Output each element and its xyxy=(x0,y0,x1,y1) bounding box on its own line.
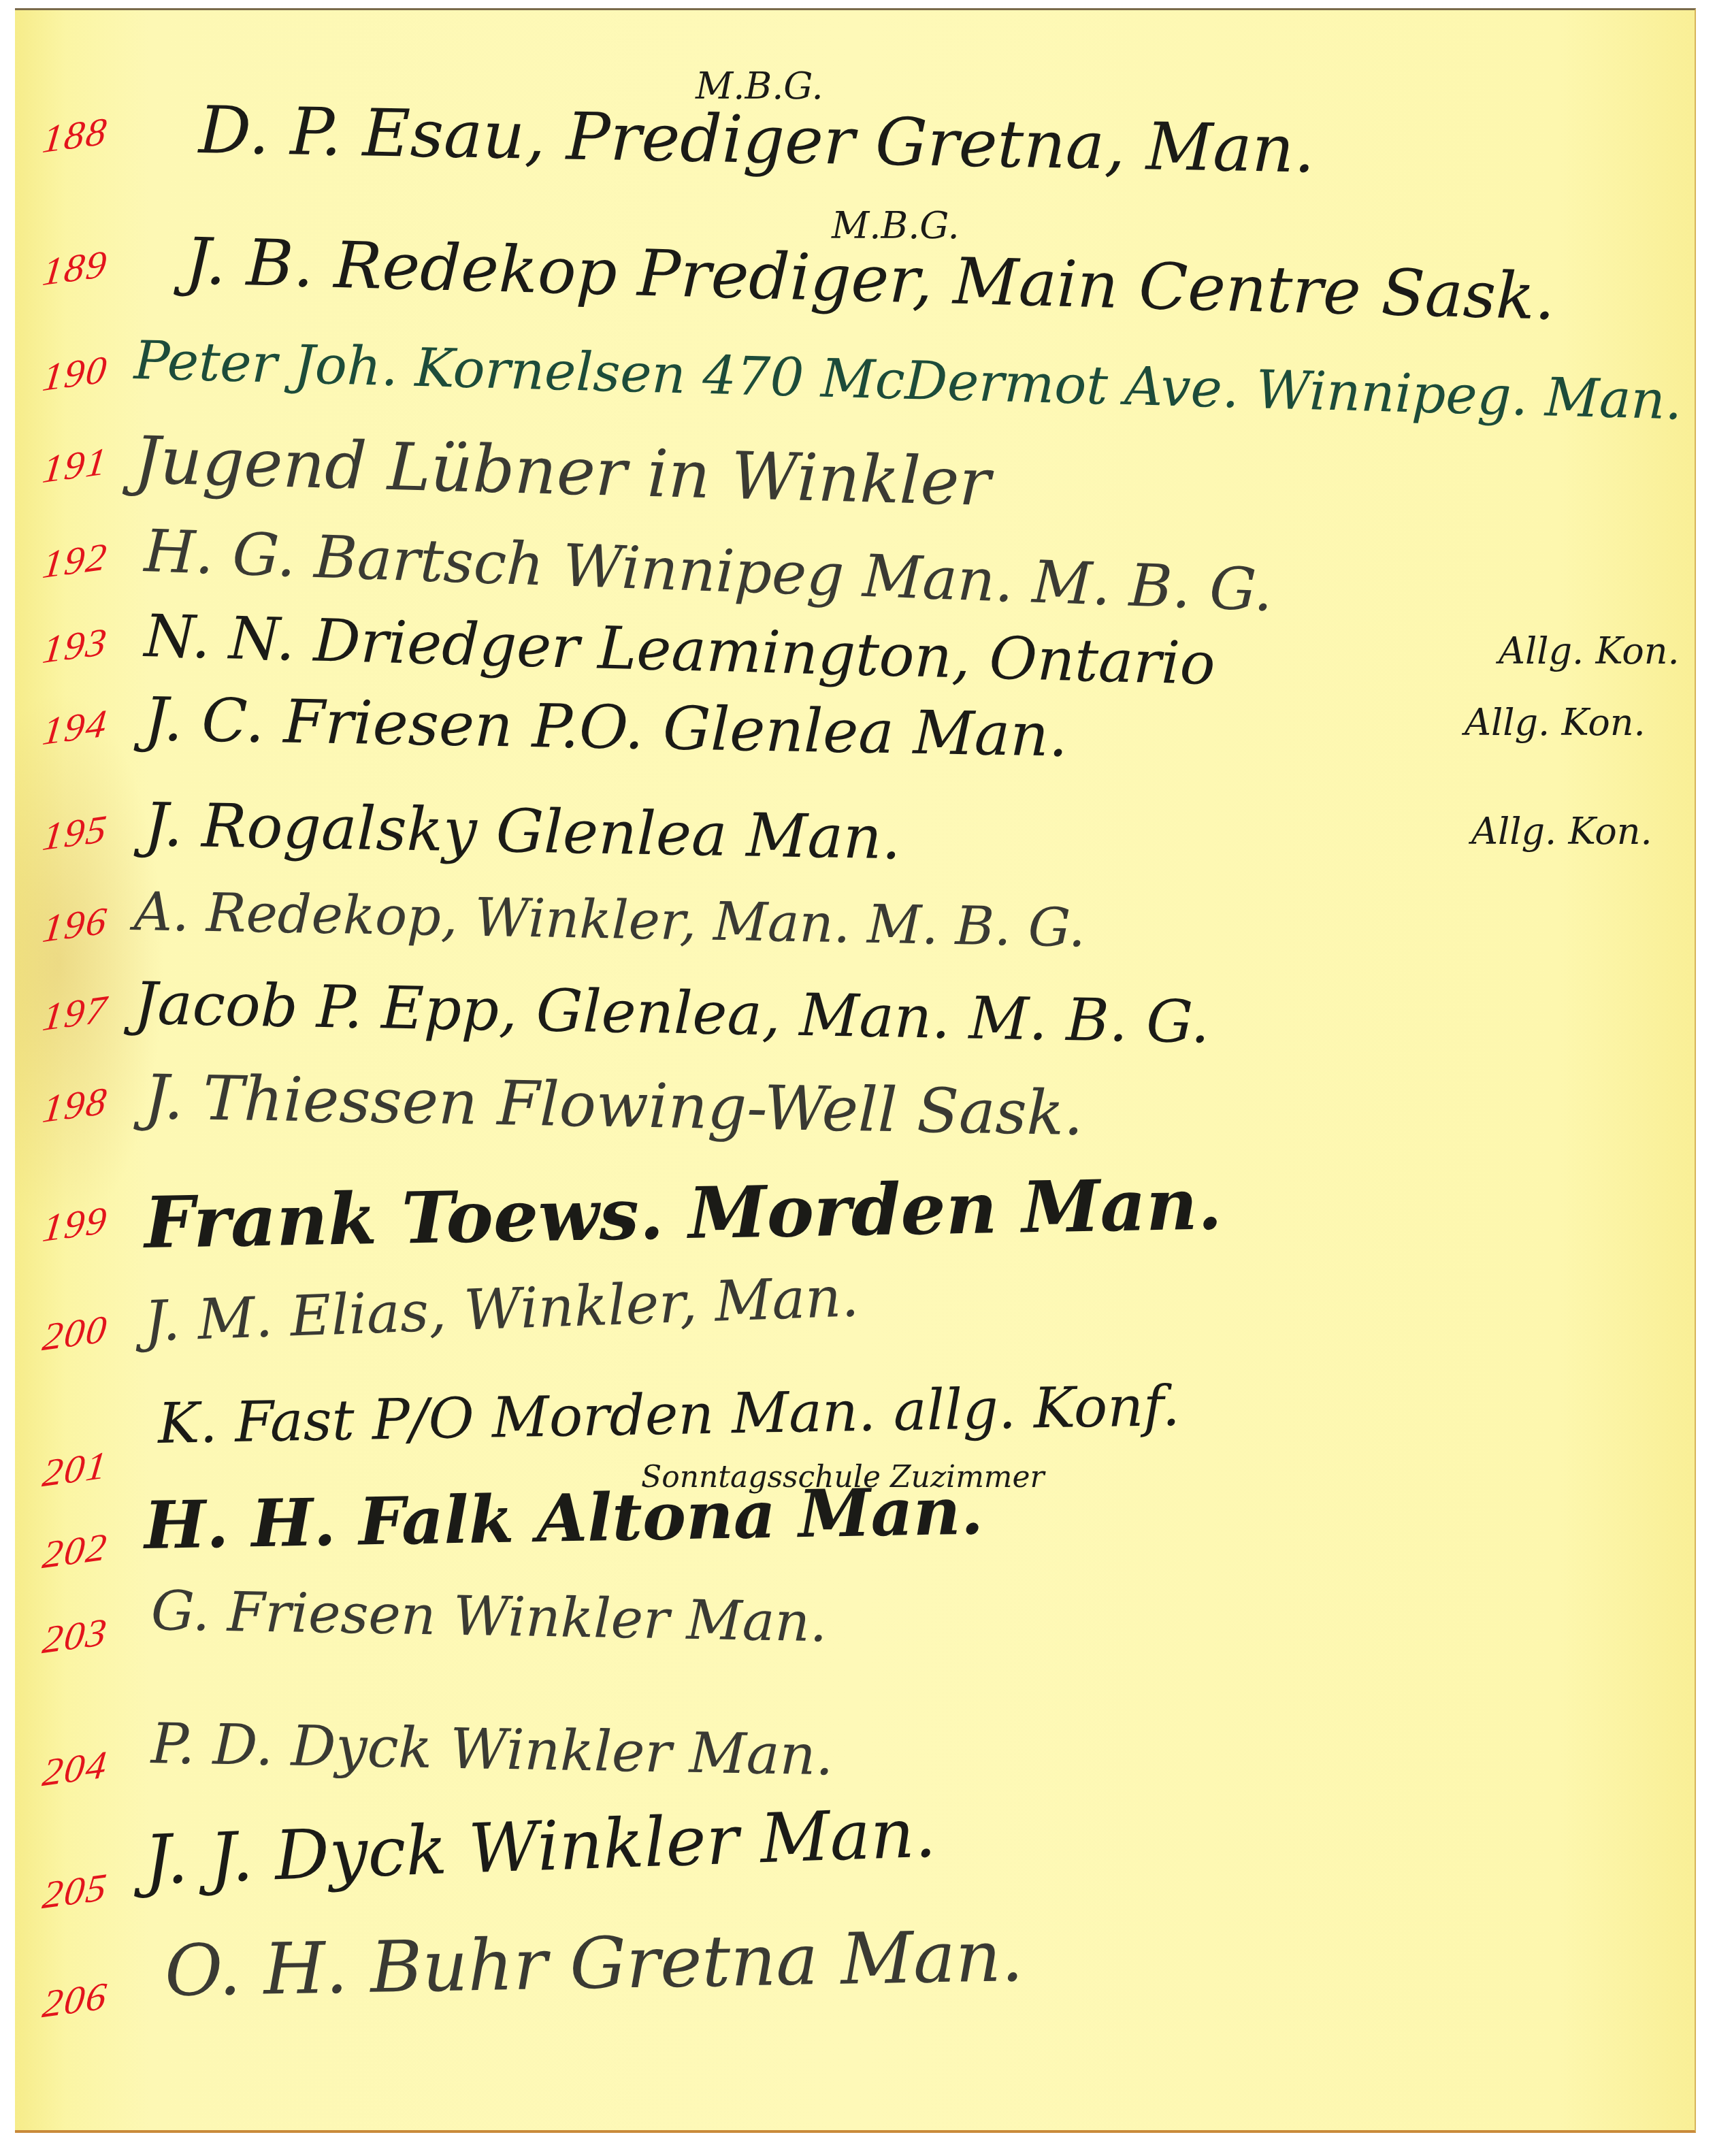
entry-row: 206 O. H. Buhr Gretna Man. xyxy=(15,1929,1696,2011)
entry-number: 196 xyxy=(40,898,110,951)
entry-number: 192 xyxy=(40,534,110,587)
entry-text: Peter Joh. Kornelsen 470 McDermot Ave. W… xyxy=(133,330,1683,432)
entry-annotation: Allg. Kon. xyxy=(1465,701,1646,744)
entry-number: 198 xyxy=(40,1078,110,1132)
entry-superscript: M.B.G. xyxy=(832,204,960,247)
entry-row: 197 Jacob P. Epp, Glenlea, Man. M. B. G. xyxy=(15,970,1696,1051)
entry-superscript: M.B.G. xyxy=(696,65,823,108)
entry-text: H. H. Falk Altona Man. xyxy=(144,1472,984,1564)
entry-annotation: Allg. Kon. xyxy=(1471,810,1652,853)
entry-row: 200 J. M. Elias, Winkler, Man. xyxy=(15,1290,1696,1371)
entry-number: 200 xyxy=(40,1306,110,1360)
entry-row: 191 Jugend Lübner in Winkler xyxy=(15,422,1696,504)
entry-row: 201 K. Fast P/O Morden Man. allg. Konf. … xyxy=(15,1392,1696,1473)
entry-number: 203 xyxy=(40,1609,110,1663)
entry-number: 191 xyxy=(40,438,110,492)
entry-text: Frank Toews. Morden Man. xyxy=(144,1162,1223,1264)
entry-text: J. J. Dyck Winkler Man. xyxy=(143,1793,937,1900)
entry-number: 190 xyxy=(40,346,110,400)
entry-text: J. Thiessen Flowing-Well Sask. xyxy=(144,1062,1084,1149)
entry-row: 205 J. J. Dyck Winkler Man. xyxy=(15,1820,1696,1902)
entry-row: 190 Peter Joh. Kornelsen 470 McDermot Av… xyxy=(15,330,1696,412)
entry-annotation: Allg. Kon. xyxy=(1499,630,1680,672)
entry-row: 189 J. B. Redekop Prediger, Main Centre … xyxy=(15,225,1696,306)
entry-text: G. Friesen Winkler Man. xyxy=(150,1579,828,1654)
entry-row: 203 G. Friesen Winkler Man. xyxy=(15,1579,1696,1661)
entry-text: Jacob P. Epp, Glenlea, Man. M. B. G. xyxy=(133,970,1210,1057)
entry-row: 193 N. N. Driedger Leamington, Ontario A… xyxy=(15,602,1696,684)
entry-text: Jugend Lübner in Winkler xyxy=(133,422,992,521)
entry-text: J. Rogalsky Glenlea Man. xyxy=(144,789,901,872)
entry-row: 192 H. G. Bartsch Winnipeg Man. M. B. G. xyxy=(15,517,1696,599)
entry-row: 199 Frank Toews. Morden Man. xyxy=(15,1181,1696,1262)
entry-number: 204 xyxy=(40,1742,110,1795)
entry-number: 199 xyxy=(40,1197,110,1251)
entry-row: 202 H. H. Falk Altona Man. xyxy=(15,1487,1696,1569)
entry-text: O. H. Buhr Gretna Man. xyxy=(164,1914,1024,2012)
entry-text: P. D. Dyck Winkler Man. xyxy=(150,1712,834,1788)
entry-number: 189 xyxy=(40,241,110,295)
entry-number: 193 xyxy=(40,619,110,672)
entry-text: J. M. Elias, Winkler, Man. xyxy=(143,1264,860,1354)
entry-number: 197 xyxy=(40,986,110,1040)
entry-number: 202 xyxy=(40,1524,110,1578)
entry-number: 188 xyxy=(40,108,110,162)
entry-row: 196 A. Redekop, Winkler, Man. M. B. G. xyxy=(15,881,1696,963)
entry-row: 198 J. Thiessen Flowing-Well Sask. xyxy=(15,1062,1696,1143)
paper-stain xyxy=(15,691,165,1235)
entry-text: J. C. Friesen P.O. Glenlea Man. xyxy=(144,684,1068,770)
entry-number: 206 xyxy=(40,1973,110,2027)
entry-row: 194 J. C. Friesen P.O. Glenlea Man. Allg… xyxy=(15,684,1696,766)
entry-text: K. Fast P/O Morden Man. allg. Konf. xyxy=(157,1374,1180,1456)
entry-number: 194 xyxy=(40,700,110,754)
entry-row: 204 P. D. Dyck Winkler Man. xyxy=(15,1712,1696,1793)
entry-row: 195 J. Rogalsky Glenlea Man. Allg. Kon. xyxy=(15,789,1696,871)
entry-row: 188 D. P. Esau, Prediger Gretna, Man. M.… xyxy=(15,92,1696,174)
entry-text: A. Redekop, Winkler, Man. M. B. G. xyxy=(133,881,1086,959)
entry-number: 205 xyxy=(40,1864,110,1918)
entry-number: 195 xyxy=(40,806,110,860)
document-page: 188 D. P. Esau, Prediger Gretna, Man. M.… xyxy=(15,8,1696,2133)
